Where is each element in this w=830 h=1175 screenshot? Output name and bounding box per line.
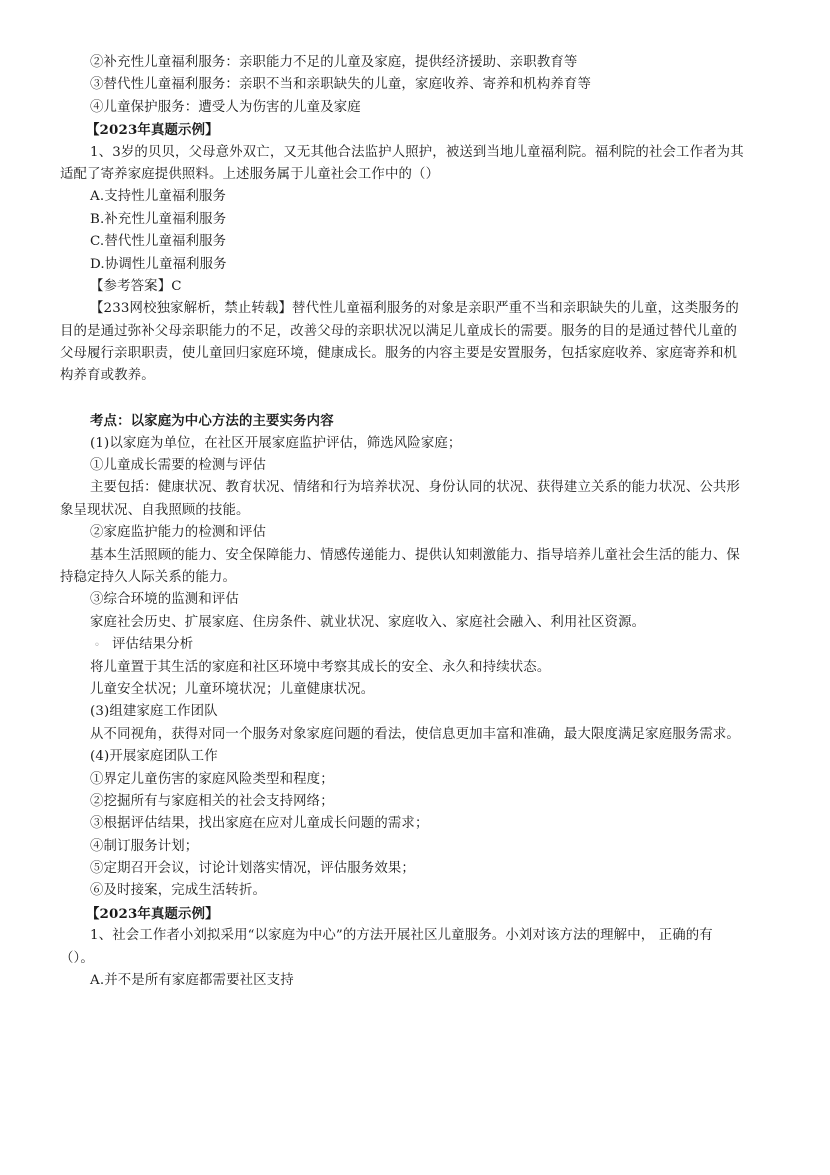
step2-title: ◦评估结果分析: [60, 634, 770, 656]
analysis-line1: 【233网校独家解析，禁止转载】替代性儿童福利服务的对象是亲职严重不当和亲职缺失…: [60, 298, 770, 320]
reference-answer: 【参考答案】C: [60, 276, 770, 298]
section-spacer: [60, 388, 770, 410]
item2-title: ②家庭监护能力的检测和评估: [60, 522, 770, 544]
question2-text-line1: 1、社会工作者小刘拟采用“以家庭为中心”的方法开展社区儿童服务。小刘对该方法的理…: [60, 925, 770, 947]
example-heading-2: 【2023年真题示例】: [60, 903, 770, 925]
option-a: A.支持性儿童福利服务: [60, 186, 770, 208]
service-type-protection: ④儿童保护服务：遭受人为伤害的儿童及家庭: [60, 97, 770, 119]
option-c: C.替代性儿童福利服务: [60, 231, 770, 253]
item3-body: 家庭社会历史、扩展家庭、住房条件、就业状况、家庭收入、家庭社会融入、利用社区资源…: [60, 612, 770, 634]
analysis-line2: 目的是通过弥补父母亲职能力的不足，改善父母的亲职状况以满足儿童成长的需要。服务的…: [60, 321, 770, 343]
item2-body-line2: 持稳定持久人际关系的能力。: [60, 567, 770, 589]
question2-text-line2: （）。: [60, 948, 770, 970]
item1-body-line1: 主要包括：健康状况、教育状况、情绪和行为培养状况、身份认同的状况、获得建立关系的…: [60, 477, 770, 499]
step4-title: (4)开展家庭团队工作: [60, 746, 770, 768]
item1-title: ①儿童成长需要的检测与评估: [60, 455, 770, 477]
step3-title: (3)组建家庭工作团队: [60, 701, 770, 723]
option-b: B.补充性儿童福利服务: [60, 209, 770, 231]
question-text-line1: 1、3岁的贝贝，父母意外双亡，又无其他合法监护人照护，被送到当地儿童福利院。福利…: [60, 142, 770, 164]
item1-body-line2: 象呈现状况、自我照顾的技能。: [60, 500, 770, 522]
step4-item1: ①界定儿童伤害的家庭风险类型和程度；: [60, 769, 770, 791]
analysis-line4: 构养育或教养。: [60, 365, 770, 387]
step2-label: 评估结果分析: [112, 637, 193, 652]
bullet-icon: ◦: [82, 635, 112, 657]
document-page: ②补充性儿童福利服务：亲职能力不足的儿童及家庭，提供经济援助、亲职教育等 ③替代…: [60, 52, 770, 992]
question-text-line2: 适配了寄养家庭提供照料。上述服务属于儿童社会工作中的（）: [60, 164, 770, 186]
service-type-substitute: ③替代性儿童福利服务：亲职不当和亲职缺失的儿童，家庭收养、寄养和机构养育等: [60, 74, 770, 96]
step2-body2: 儿童安全状况；儿童环境状况；儿童健康状况。: [60, 679, 770, 701]
step4-item3: ③根据评估结果，找出家庭在应对儿童成长问题的需求；: [60, 813, 770, 835]
example-heading: 【2023年真题示例】: [60, 119, 770, 141]
analysis-line3: 父母履行亲职职责，使儿童回归家庭环境，健康成长。服务的内容主要是安置服务，包括家…: [60, 343, 770, 365]
step4-item6: ⑥及时接案，完成生活转折。: [60, 880, 770, 902]
question2-option-a: A.并不是所有家庭都需要社区支持: [60, 970, 770, 992]
step2-body1: 将儿童置于其生活的家庭和社区环境中考察其成长的安全、永久和持续状态。: [60, 657, 770, 679]
step3-body: 从不同视角，获得对同一个服务对象家庭问题的看法，使信息更加丰富和准确，最大限度满…: [60, 724, 770, 746]
item3-title: ③综合环境的监测和评估: [60, 589, 770, 611]
step4-item5: ⑤定期召开会议，讨论计划落实情况，评估服务效果；: [60, 858, 770, 880]
item2-body-line1: 基本生活照顾的能力、安全保障能力、情感传递能力、提供认知刺激能力、指导培养儿童社…: [60, 545, 770, 567]
option-d: D.协调性儿童福利服务: [60, 254, 770, 276]
service-type-supplementary: ②补充性儿童福利服务：亲职能力不足的儿童及家庭，提供经济援助、亲职教育等: [60, 52, 770, 74]
step1-title: (1)以家庭为单位，在社区开展家庭监护评估，筛选风险家庭；: [60, 433, 770, 455]
step4-item2: ②挖掘所有与家庭相关的社会支持网络；: [60, 791, 770, 813]
step4-item4: ④制订服务计划；: [60, 836, 770, 858]
topic-heading: 考点：以家庭为中心方法的主要实务内容: [60, 410, 770, 432]
